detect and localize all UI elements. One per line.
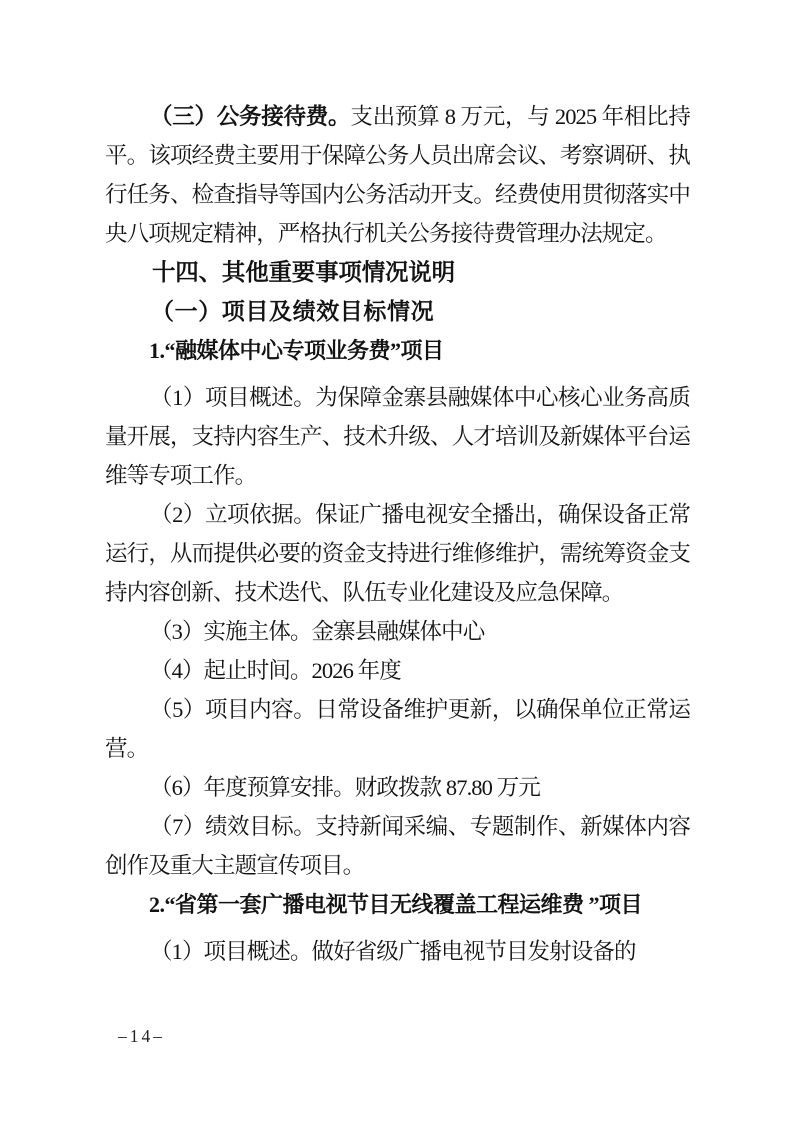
project-2-heading: 2.“省第一套广播电视节目无线覆盖工程运维费 ”项目 <box>105 885 690 924</box>
project-1-item-implementer: （3）实施主体。金寨县融媒体中心 <box>105 612 690 651</box>
project-1-heading: 1.“融媒体中心专项业务费”项目 <box>105 331 690 370</box>
document-body: （三）公务接待费。支出预算 8 万元，与 2025 年相比持平。该项经费主要用于… <box>105 97 690 971</box>
paragraph-lead-official-reception-fee: （三）公务接待费。 <box>150 104 350 129</box>
paragraph-official-reception-fee: （三）公务接待费。支出预算 8 万元，与 2025 年相比持平。该项经费主要用于… <box>105 97 690 253</box>
project-1-item-performance-goal: （7）绩效目标。支持新闻采编、专题制作、新媒体内容创作及重大主题宣传项目。 <box>105 807 690 885</box>
project-1-item-basis: （2）立项依据。保证广播电视安全播出，确保设备正常运行，从而提供必要的资金支持进… <box>105 495 690 612</box>
project-1-item-content: （5）项目内容。日常设备维护更新，以确保单位正常运营。 <box>105 690 690 768</box>
page-number: –14– <box>118 1026 165 1047</box>
document-page: （三）公务接待费。支出预算 8 万元，与 2025 年相比持平。该项经费主要用于… <box>0 0 793 1122</box>
project-1-item-budget: （6）年度预算安排。财政拨款 87.80 万元 <box>105 768 690 807</box>
project-1-item-overview: （1）项目概述。为保障金寨县融媒体中心核心业务高质量开展，支持内容生产、技术升级… <box>105 378 690 495</box>
project-2-item-overview: （1）项目概述。做好省级广播电视节目发射设备的 <box>105 932 690 971</box>
project-1-item-timeframe: （4）起止时间。2026 年度 <box>105 651 690 690</box>
subsection-heading-1: （一）项目及绩效目标情况 <box>105 292 690 331</box>
section-heading-14: 十四、其他重要事项情况说明 <box>105 253 690 292</box>
